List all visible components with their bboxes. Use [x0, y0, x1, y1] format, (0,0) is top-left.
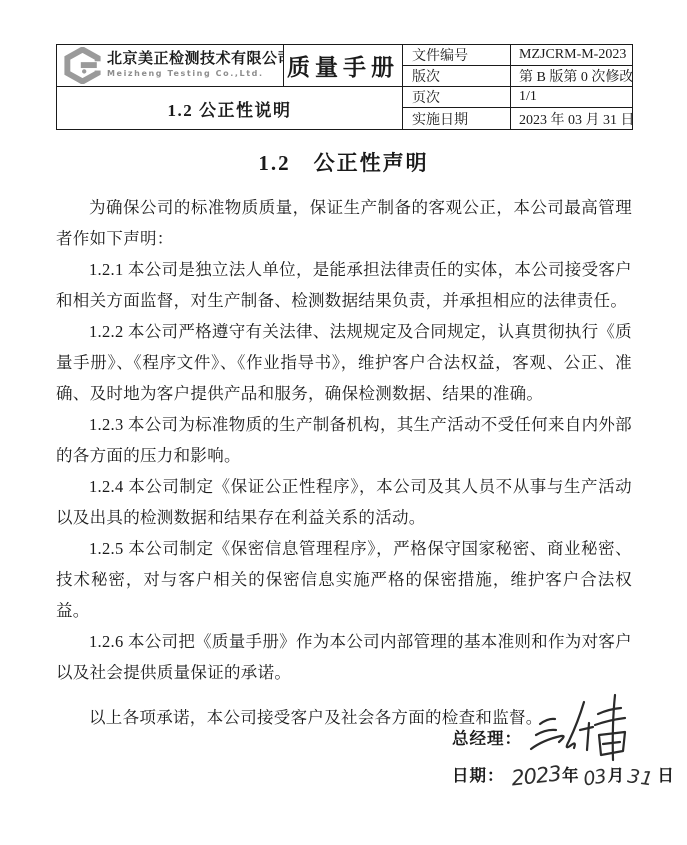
page-title: 1.2 公正性声明	[56, 147, 631, 177]
meta-label-page: 页次	[403, 87, 511, 108]
paragraph-1-2-2: 1.2.2 本公司严格遵守有关法律、法规规定及合同规定，认真贯彻执行《质量手册》…	[56, 316, 632, 409]
handwritten-year: 2023	[510, 761, 562, 790]
date-row: 日期： 2023 年 03 月 31 日	[452, 762, 662, 786]
company-name-block: 北京美正检测技术有限公司 Meizheng Testing Co.,Ltd.	[107, 52, 284, 78]
body-text: 为确保公司的标准物质质量，保证生产制备的客观公正，本公司最高管理者作如下声明： …	[56, 192, 632, 733]
handwritten-month: 03	[582, 765, 607, 790]
meta-value-doc-number: MZJCRM-M-2023	[511, 45, 632, 66]
company-name-en: Meizheng Testing Co.,Ltd.	[107, 70, 284, 78]
paragraph-1-2-5: 1.2.5 本公司制定《保密信息管理程序》，严格保守国家秘密、商业秘密、技术秘密…	[56, 533, 632, 626]
company-logo-icon	[64, 47, 101, 84]
general-manager-row: 总经理：	[452, 718, 662, 756]
paragraph-intro: 为确保公司的标准物质质量，保证生产制备的客观公正，本公司最高管理者作如下声明：	[56, 192, 632, 254]
meta-value-page: 1/1	[511, 87, 632, 108]
meta-label-effective-date: 实施日期	[403, 108, 511, 129]
signature-block: 总经理： 日期： 2023 年 03 月	[452, 718, 662, 786]
doc-type-title: 质量手册	[284, 45, 403, 87]
day-unit: 日	[657, 762, 674, 786]
header-table: 北京美正检测技术有限公司 Meizheng Testing Co.,Ltd. 质…	[56, 44, 633, 130]
meta-label-revision: 版次	[403, 66, 511, 87]
handwritten-day: 31	[626, 765, 655, 790]
general-manager-label: 总经理：	[452, 725, 522, 749]
document-page: 北京美正检测技术有限公司 Meizheng Testing Co.,Ltd. 质…	[0, 0, 687, 845]
general-manager-signature	[524, 692, 642, 772]
paragraph-1-2-4: 1.2.4 本公司制定《保证公正性程序》，本公司及其人员不从事与生产活动以及出具…	[56, 471, 632, 533]
meta-label-doc-number: 文件编号	[403, 45, 511, 66]
paragraph-1-2-6: 1.2.6 本公司把《质量手册》作为本公司内部管理的基本准则和作为对客户以及社会…	[56, 626, 632, 688]
meta-value-effective-date: 2023 年 03 月 31 日	[511, 108, 632, 129]
year-unit: 年	[562, 762, 579, 786]
paragraph-1-2-1: 1.2.1 本公司是独立法人单位，是能承担法律责任的实体，本公司接受客户和相关方…	[56, 254, 632, 316]
paragraph-1-2-3: 1.2.3 本公司为标准物质的生产制备机构，其生产活动不受任何来自内外部的各方面…	[56, 409, 632, 471]
meta-value-revision: 第 B 版第 0 次修改	[511, 66, 632, 87]
date-label: 日期：	[452, 762, 505, 786]
company-name: 北京美正检测技术有限公司	[107, 52, 284, 68]
section-title: 1.2 公正性说明	[57, 87, 403, 129]
company-brand: 北京美正检测技术有限公司 Meizheng Testing Co.,Ltd.	[57, 45, 284, 87]
month-unit: 月	[608, 762, 625, 786]
